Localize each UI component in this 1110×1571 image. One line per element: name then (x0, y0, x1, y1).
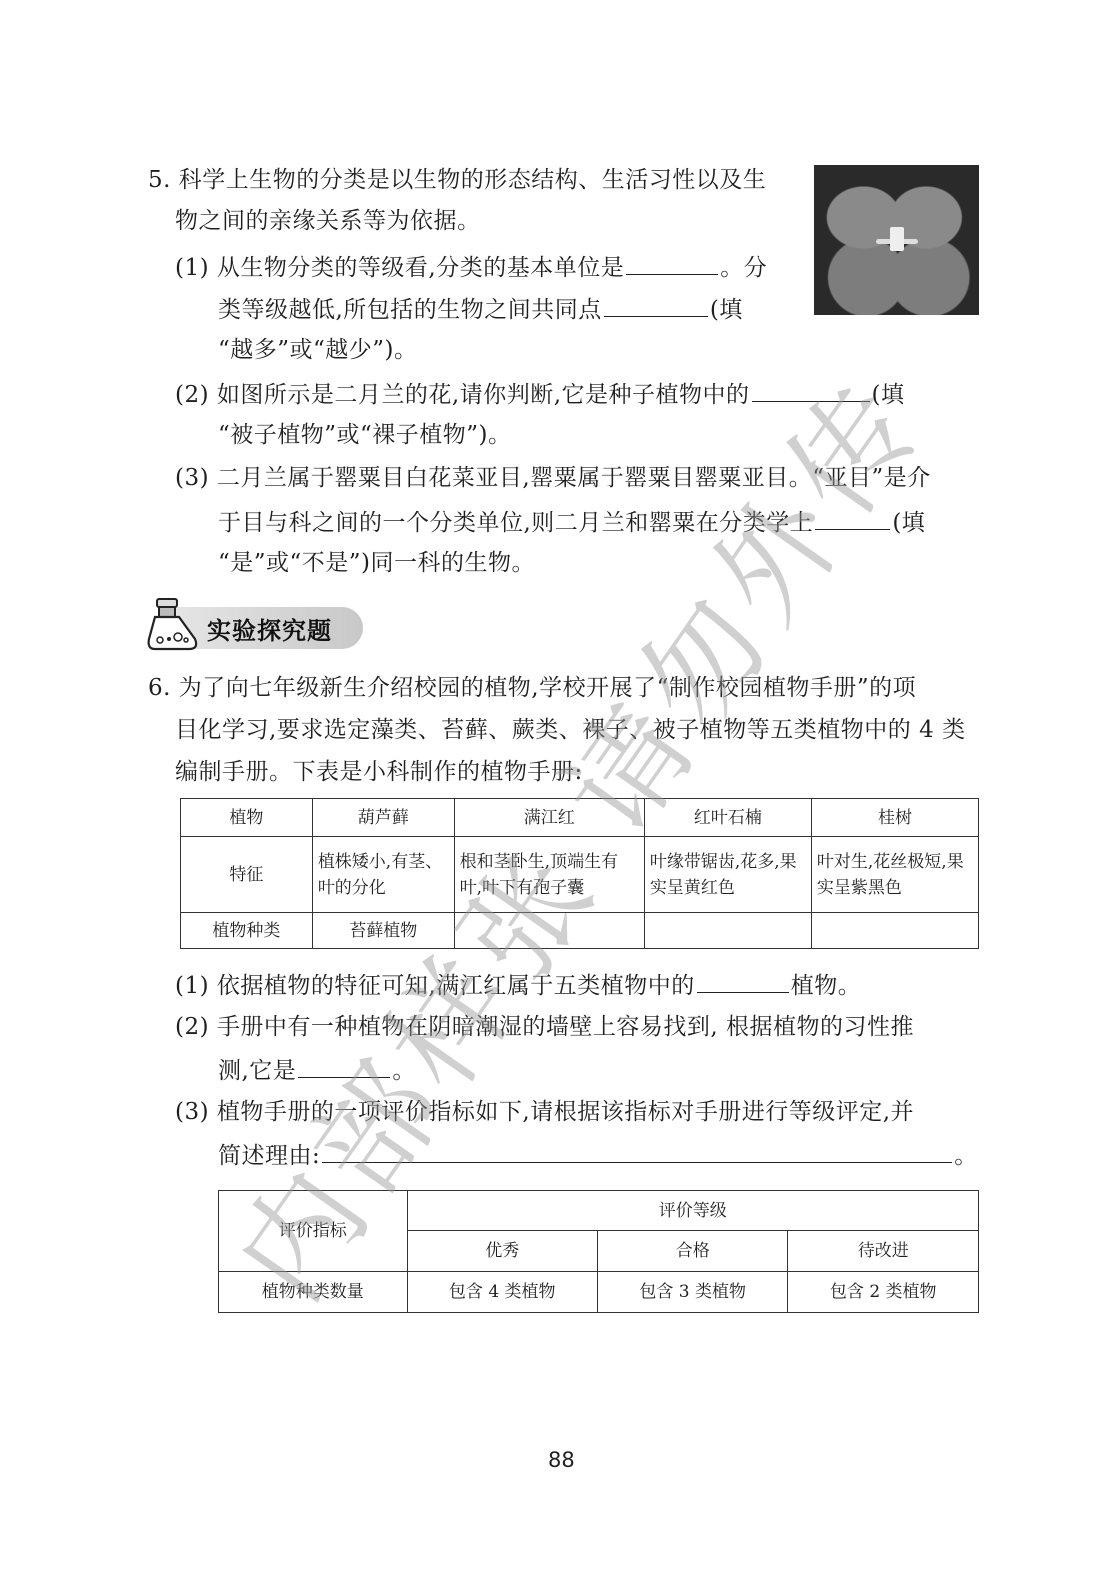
q6-sub2-line1: (2) 手册中有一种植物在阴暗潮湿的墙壁上容易找到, 根据植物的习性推 (175, 1011, 914, 1043)
q5-sub1-text: 从生物分类的等级看,分类的基本单位是 (217, 255, 624, 281)
table-cell: 满江红 (454, 799, 644, 837)
table-cell: 苔藓植物 (312, 913, 454, 949)
section-banner: 实验探究题 (145, 595, 365, 655)
table-cell: 包含 3 类植物 (597, 1272, 787, 1313)
q5-sub1-text: 类等级越低,所包括的生物之间共同点 (218, 297, 602, 323)
table-cell: 叶对生,花丝极短,果实呈紫黑色 (811, 837, 978, 913)
q6-stem-line1: 6. 为了向七年级新生介绍校园的植物,学校开展了“制作校园植物手册”的项 (148, 672, 916, 704)
table-row: 特征 植株矮小,有茎、叶的分化 根和茎卧生,顶端生有叶,叶下有孢子囊 叶缘带锯齿… (181, 837, 979, 913)
q6-number: 6. (148, 675, 171, 701)
q5-sub2-line2: “被子植物”或“裸子植物”)。 (218, 419, 512, 451)
q6-sub1-text: 植物。 (791, 973, 862, 999)
table-cell[interactable] (644, 913, 811, 949)
q6-sub2-text: 。 (392, 1058, 416, 1084)
table-cell: 待改进 (788, 1231, 979, 1272)
table-cell: 包含 2 类植物 (788, 1272, 979, 1313)
q5-sub2-text: 如图所示是二月兰的花,请你判断,它是种子植物中的 (217, 382, 750, 408)
q5-stem-text1: 科学上生物的分类是以生物的形态结构、生活习性以及生 (179, 167, 767, 193)
table-row: 植物种类数量 包含 4 类植物 包含 3 类植物 包含 2 类植物 (219, 1272, 979, 1313)
q6-sub3-text: 简述理由: (218, 1143, 320, 1169)
q5-sub1-text: 。分 (720, 255, 767, 281)
table-cell: 植株矮小,有茎、叶的分化 (312, 837, 454, 913)
q6-stem-text1: 为了向七年级新生介绍校园的植物,学校开展了“制作校园植物手册”的项 (179, 675, 916, 701)
q5-stem-line1: 5. 科学上生物的分类是以生物的形态结构、生活习性以及生 (148, 164, 766, 196)
sub-label: (3) (175, 465, 209, 491)
table-row: 植物种类 苔藓植物 (181, 913, 979, 949)
table-cell: 特征 (181, 837, 313, 913)
q6-sub3-text: 植物手册的一项评价指标如下,请根据该指标对手册进行等级评定,并 (217, 1099, 914, 1125)
flower-photo (814, 165, 979, 315)
q6-stem-line2: 目化学习,要求选定藻类、苔藓、蕨类、裸子、被子植物等五类植物中的 4 类 (175, 714, 966, 746)
table-cell: 包含 4 类植物 (407, 1272, 597, 1313)
q5-number: 5. (148, 167, 171, 193)
q5-sub3-text: (填 (892, 510, 925, 536)
q6-sub3-text: 。 (954, 1143, 978, 1169)
page-number: 88 (548, 1448, 575, 1472)
table-cell: 叶缘带锯齿,花多,果实呈黄红色 (644, 837, 811, 913)
handbook-table: 植物 葫芦藓 满江红 红叶石楠 桂树 特征 植株矮小,有茎、叶的分化 根和茎卧生… (180, 798, 979, 949)
table-cell: 根和茎卧生,顶端生有叶,叶下有孢子囊 (454, 837, 644, 913)
q6-sub1-line: (1) 依据植物的特征可知,满江红属于五类植物中的植物。 (175, 968, 861, 1002)
q5-sub3-text: 二月兰属于罂粟目白花菜亚目,罂粟属于罂粟目罂粟亚目。“亚目”是介 (217, 465, 931, 491)
q5-sub3-line3: “是”或“不是”)同一科的生物。 (218, 547, 535, 579)
q6-stem-line3: 编制手册。下表是小科制作的植物手册: (175, 756, 583, 788)
flask-icon (145, 595, 205, 655)
table-cell: 植物种类 (181, 913, 313, 949)
table-cell: 评价指标 (219, 1191, 408, 1272)
q6-sub1-text: 依据植物的特征可知,满江红属于五类植物中的 (217, 973, 695, 999)
sub-label: (1) (175, 255, 209, 281)
q6-sub2-text: 手册中有一种植物在阴暗潮湿的墙壁上容易找到, 根据植物的习性推 (217, 1014, 914, 1040)
flower-pistil (890, 227, 904, 251)
table-cell: 植物 (181, 799, 313, 837)
q6-sub2-text: 测,它是 (218, 1058, 296, 1084)
table-cell[interactable] (811, 913, 978, 949)
table-cell: 桂树 (811, 799, 978, 837)
q6-sub2-line2: 测,它是。 (218, 1053, 416, 1087)
table-cell: 葫芦藓 (312, 799, 454, 837)
answer-blank[interactable] (626, 250, 718, 275)
sub-label: (3) (175, 1099, 209, 1125)
q5-sub1-line3: “越多”或“越少”)。 (218, 334, 418, 366)
sub-label: (1) (175, 973, 209, 999)
answer-blank[interactable] (322, 1138, 952, 1163)
answer-blank[interactable] (815, 505, 890, 530)
sub-label: (2) (175, 382, 209, 408)
q5-sub1-line1: (1) 从生物分类的等级看,分类的基本单位是。分 (175, 250, 767, 284)
table-header-row: 植物 葫芦藓 满江红 红叶石楠 桂树 (181, 799, 979, 837)
answer-blank[interactable] (752, 377, 870, 402)
table-header-row: 评价指标 评价等级 (219, 1191, 979, 1231)
answer-blank[interactable] (298, 1053, 390, 1078)
table-cell: 优秀 (407, 1231, 597, 1272)
q5-sub3-line1: (3) 二月兰属于罂粟目白花菜亚目,罂粟属于罂粟目罂粟亚目。“亚目”是介 (175, 462, 931, 494)
q5-sub2-text: (填 (872, 382, 905, 408)
q6-sub3-line2: 简述理由:。 (218, 1138, 978, 1172)
rubric-table: 评价指标 评价等级 优秀 合格 待改进 植物种类数量 包含 4 类植物 包含 3… (218, 1190, 979, 1313)
section-title: 实验探究题 (207, 611, 332, 646)
q5-sub3-text: 于目与科之间的一个分类单位,则二月兰和罂粟在分类学上 (218, 510, 813, 536)
answer-blank[interactable] (697, 968, 789, 993)
table-cell: 植物种类数量 (219, 1272, 408, 1313)
answer-blank[interactable] (604, 292, 708, 317)
q5-sub3-line2: 于目与科之间的一个分类单位,则二月兰和罂粟在分类学上(填 (218, 505, 925, 539)
table-cell: 合格 (597, 1231, 787, 1272)
q6-sub3-line1: (3) 植物手册的一项评价指标如下,请根据该指标对手册进行等级评定,并 (175, 1096, 914, 1128)
q5-sub1-text: (填 (710, 297, 743, 323)
table-cell: 评价等级 (407, 1191, 979, 1231)
q5-stem-line2: 物之间的亲缘关系等为依据。 (175, 205, 481, 237)
q5-sub2-line1: (2) 如图所示是二月兰的花,请你判断,它是种子植物中的(填 (175, 377, 905, 411)
table-cell[interactable] (454, 913, 644, 949)
sub-label: (2) (175, 1014, 209, 1040)
table-cell: 红叶石楠 (644, 799, 811, 837)
q5-sub1-line2: 类等级越低,所包括的生物之间共同点(填 (218, 292, 743, 326)
